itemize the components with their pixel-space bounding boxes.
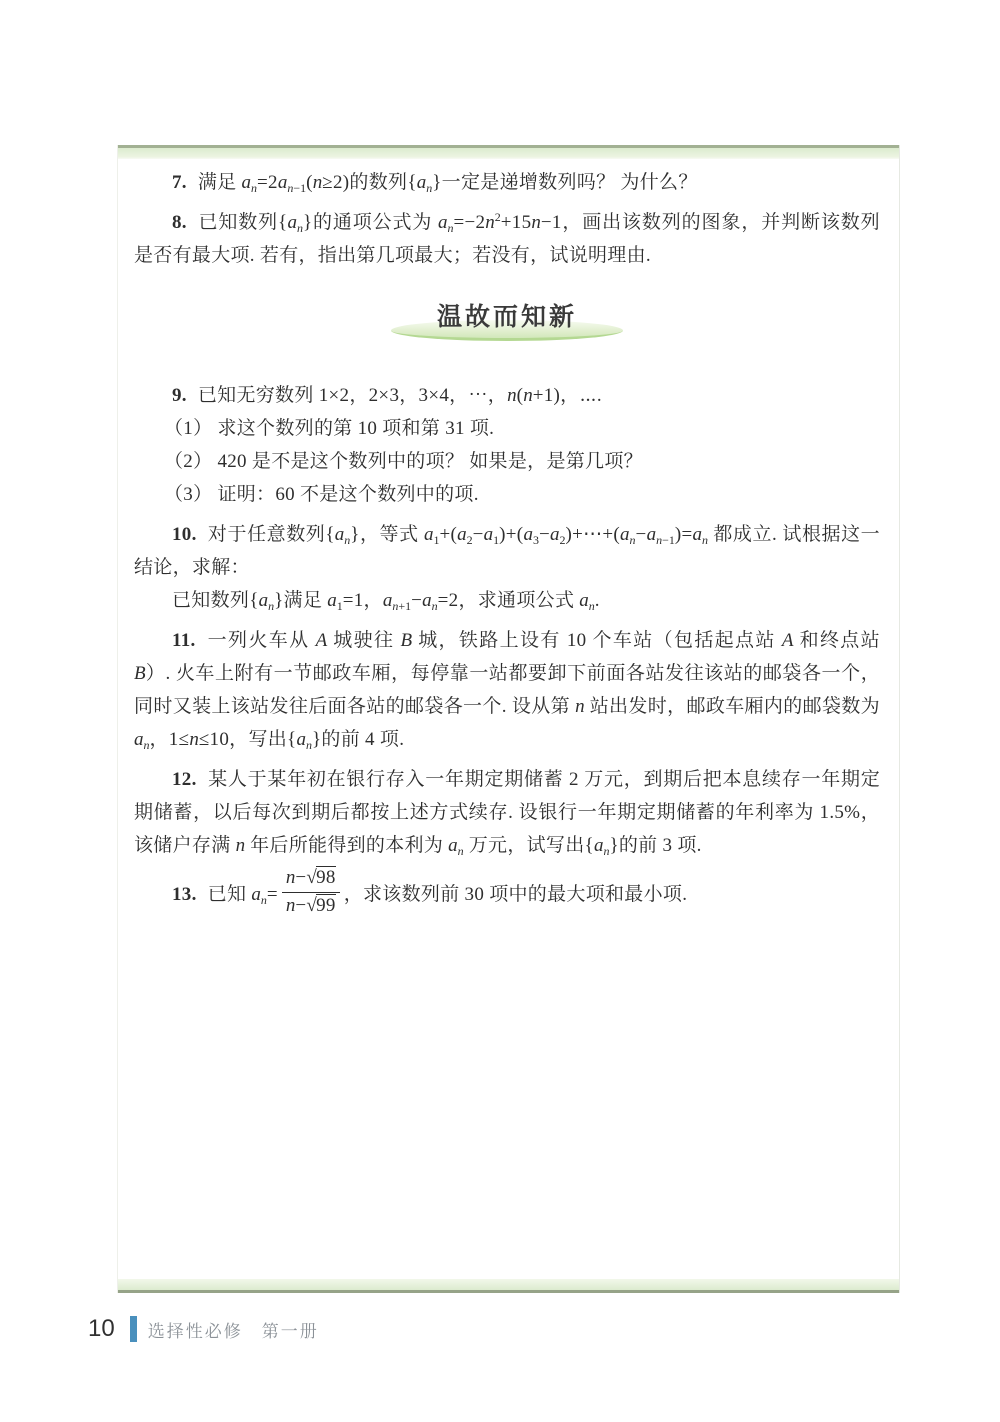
problem-10-followup: 已知数列{an}满足 a1=1，an+1−an=2，求通项公式 an. bbox=[134, 584, 880, 617]
problem-11-text: 一列火车从 A 城驶往 B 城，铁路上设有 10 个车站（包括起点站 A 和终点… bbox=[134, 630, 880, 750]
problem-8-text: 已知数列{an}的通项公式为 an=−2n2+15n−1，画出该数列的图象，并判… bbox=[134, 212, 880, 266]
problem-9: 9.已知无穷数列 1×2，2×3，3×4，⋯，n(n+1)，⋯. bbox=[134, 379, 880, 412]
fraction-denominator: n−√99 bbox=[282, 893, 340, 918]
problem-9-part-1: （1） 求这个数列的第 10 项和第 31 项. bbox=[134, 412, 880, 445]
problem-8: 8.已知数列{an}的通项公式为 an=−2n2+15n−1，画出该数列的图象，… bbox=[134, 206, 880, 272]
problem-12-text: 某人于某年初在银行存入一年期定期储蓄 2 万元，到期后把本息续存一年期定期储蓄，… bbox=[134, 769, 880, 856]
review-section-title: 温故而知新 bbox=[437, 303, 577, 331]
bottom-green-band bbox=[118, 1279, 899, 1293]
problem-13-text-before-fraction: 已知 an= bbox=[208, 884, 278, 905]
problem-13-number: 13. bbox=[172, 884, 197, 905]
top-green-band bbox=[118, 145, 899, 159]
page-card: 7.满足 an=2an−1(n≥2)的数列{an}一定是递增数列吗？ 为什么？ … bbox=[117, 145, 900, 1293]
problem-9-part-2: （2） 420 是不是这个数列中的项？ 如果是，是第几项？ bbox=[134, 445, 880, 478]
page-content: 7.满足 an=2an−1(n≥2)的数列{an}一定是递增数列吗？ 为什么？ … bbox=[134, 159, 880, 921]
problem-11: 11.一列火车从 A 城驶往 B 城，铁路上设有 10 个车站（包括起点站 A … bbox=[134, 624, 880, 756]
problem-13: 13.已知 an=n−√98n−√99，求该数列前 30 项中的最大项和最小项. bbox=[134, 869, 880, 921]
fraction: n−√98n−√99 bbox=[282, 867, 340, 918]
problem-10-text: 对于任意数列{an}，等式 a1+(a2−a1)+(a3−a2)+⋯+(an−a… bbox=[134, 524, 880, 578]
problem-9-number: 9. bbox=[172, 385, 187, 406]
problem-8-number: 8. bbox=[172, 212, 187, 233]
radicand: 98 bbox=[316, 866, 336, 888]
problem-12-number: 12. bbox=[172, 769, 197, 790]
fraction-numerator: n−√98 bbox=[282, 867, 340, 893]
radicand: 99 bbox=[316, 894, 336, 916]
problem-7-number: 7. bbox=[172, 172, 187, 193]
problem-10-number: 10. bbox=[172, 524, 197, 545]
problem-9-text: 已知无穷数列 1×2，2×3，3×4，⋯，n(n+1)，⋯. bbox=[198, 385, 602, 406]
problem-11-number: 11. bbox=[172, 630, 196, 651]
review-section-header: 温故而知新 bbox=[134, 297, 880, 345]
page-footer: 10 选择性必修 第一册 bbox=[88, 1314, 319, 1344]
problem-9-part-3: （3） 证明：60 不是这个数列中的项. bbox=[134, 478, 880, 511]
problem-7-text: 满足 an=2an−1(n≥2)的数列{an}一定是递增数列吗？ 为什么？ bbox=[198, 172, 698, 193]
problem-12: 12.某人于某年初在银行存入一年期定期储蓄 2 万元，到期后把本息续存一年期定期… bbox=[134, 763, 880, 862]
problem-7: 7.满足 an=2an−1(n≥2)的数列{an}一定是递增数列吗？ 为什么？ bbox=[134, 166, 880, 199]
footer-blue-divider bbox=[130, 1316, 137, 1342]
book-title: 选择性必修 第一册 bbox=[148, 1317, 319, 1342]
textbook-page-scan: { "section_header": { "title": "温故而知新" }… bbox=[0, 0, 1000, 1422]
problem-10: 10.对于任意数列{an}，等式 a1+(a2−a1)+(a3−a2)+⋯+(a… bbox=[134, 518, 880, 584]
page-number: 10 bbox=[88, 1315, 115, 1343]
problem-13-text-after-fraction: ，求该数列前 30 项中的最大项和最小项. bbox=[344, 884, 688, 905]
